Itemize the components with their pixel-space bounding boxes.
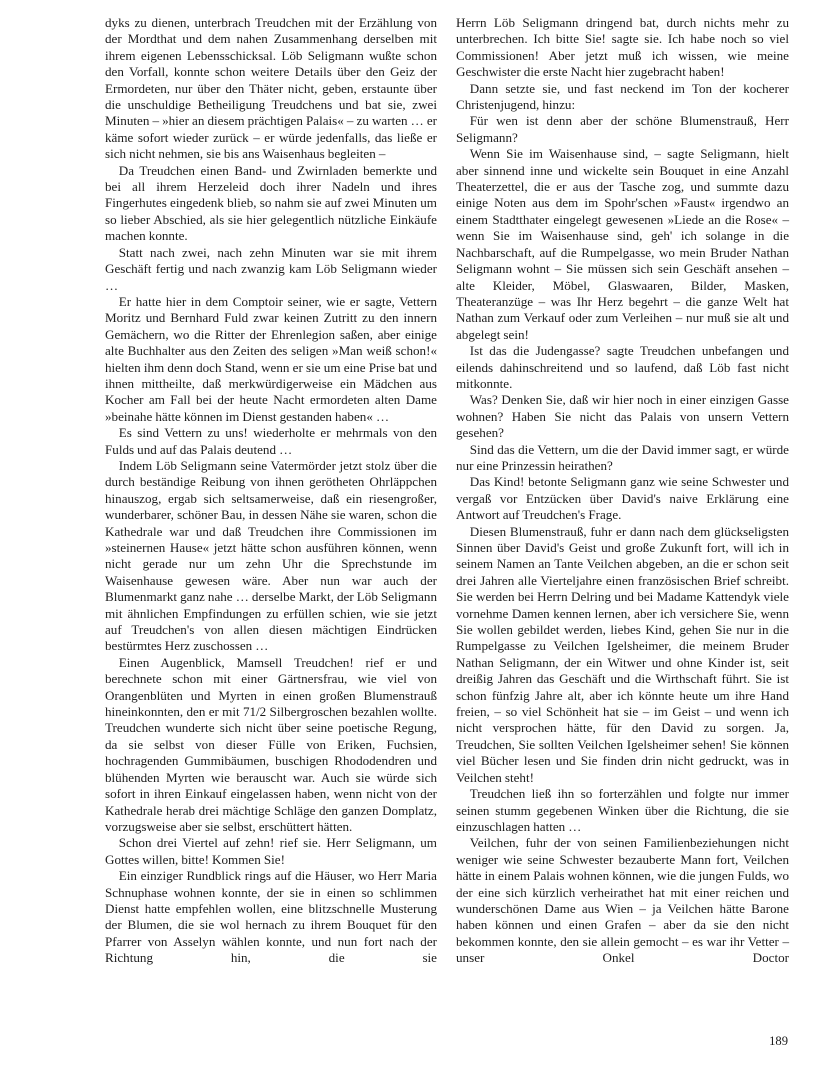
text-block: dyks zu dienen, unterbrach Treudchen mit… bbox=[105, 15, 789, 967]
paragraph: Statt nach zwei, nach zehn Minuten war s… bbox=[105, 245, 437, 294]
paragraph: Es sind Vettern zu uns! wiederholte er m… bbox=[105, 425, 437, 458]
paragraph: Das Kind! betonte Seligmann ganz wie sei… bbox=[456, 474, 789, 523]
paragraph: Da Treudchen einen Band- und Zwirnladen … bbox=[105, 163, 437, 245]
paragraph: Für wen ist denn aber der schöne Blumens… bbox=[456, 113, 789, 146]
paragraph: Einen Augenblick, Mamsell Treudchen! rie… bbox=[105, 655, 437, 835]
paragraph: dyks zu dienen, unterbrach Treudchen mit… bbox=[105, 15, 437, 163]
book-page: dyks zu dienen, unterbrach Treudchen mit… bbox=[0, 0, 819, 1065]
paragraph: Diesen Blumenstrauß, fuhr er dann nach d… bbox=[456, 524, 789, 787]
paragraph: Ein einziger Rundblick rings auf die Häu… bbox=[105, 868, 437, 966]
paragraph: Sind das die Vettern, um die der David i… bbox=[456, 442, 789, 475]
paragraph: Schon drei Viertel auf zehn! rief sie. H… bbox=[105, 835, 437, 868]
page-number: 189 bbox=[769, 1033, 788, 1049]
paragraph: Treudchen ließ ihn so forterzählen und f… bbox=[456, 786, 789, 835]
paragraph: Veilchen, fuhr der von seinen Familienbe… bbox=[456, 835, 789, 966]
paragraph: Dann setzte sie, und fast neckend im Ton… bbox=[456, 81, 789, 114]
paragraph: Wenn Sie im Waisenhause sind, – sagte Se… bbox=[456, 146, 789, 343]
paragraph: Indem Löb Seligmann seine Vatermörder je… bbox=[105, 458, 437, 655]
paragraph: Herrn Löb Seligmann dringend bat, durch … bbox=[456, 15, 789, 81]
right-column: Herrn Löb Seligmann dringend bat, durch … bbox=[456, 15, 789, 967]
paragraph: Er hatte hier in dem Comptoir seiner, wi… bbox=[105, 294, 437, 425]
left-column: dyks zu dienen, unterbrach Treudchen mit… bbox=[105, 15, 437, 967]
paragraph: Ist das die Judengasse? sagte Treudchen … bbox=[456, 343, 789, 392]
paragraph: Was? Denken Sie, daß wir hier noch in ei… bbox=[456, 392, 789, 441]
